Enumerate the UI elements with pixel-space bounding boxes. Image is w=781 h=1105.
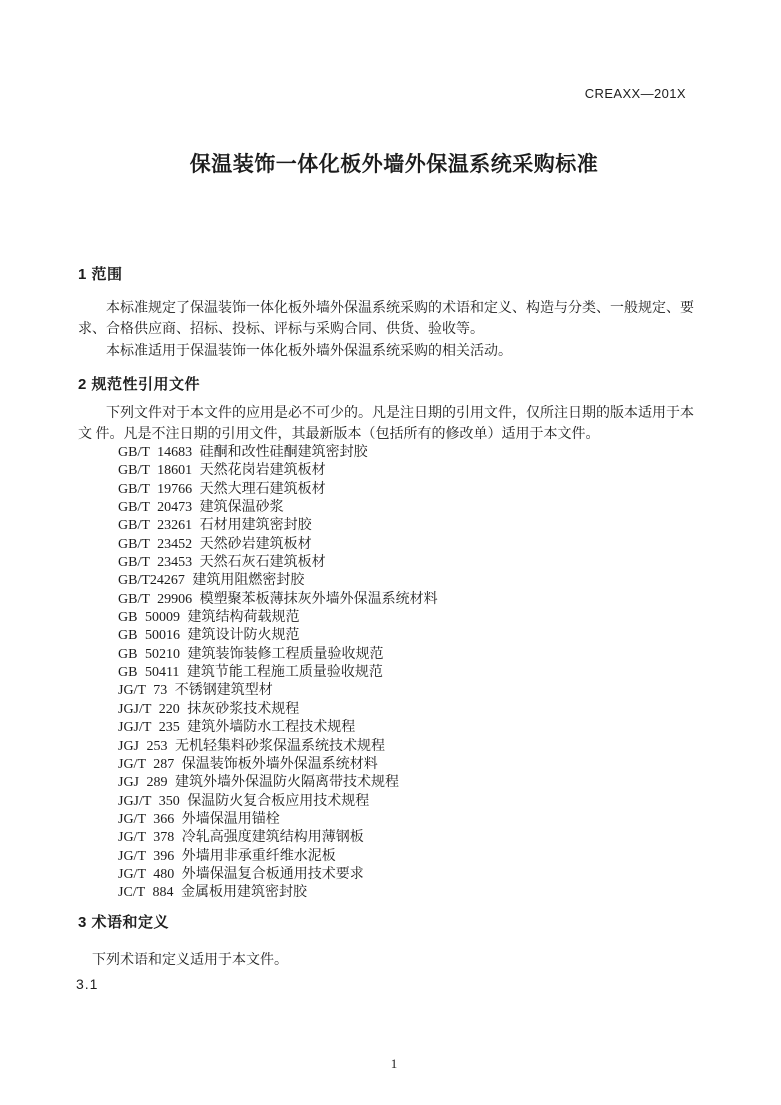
reference-item: GB/T 20473 建筑保温砂浆 [118, 499, 438, 517]
reference-item: JG/T 366 外墙保温用锚栓 [118, 811, 438, 829]
subsection-3-1-label: 3.1 [76, 976, 98, 992]
paragraph-line: 本标准适用于保温装饰一体化板外墙外保温系统采购的相关活动。 [78, 341, 710, 362]
reference-item: JC/T 884 金属板用建筑密封胶 [118, 884, 438, 902]
reference-item: JG/T 73 不锈钢建筑型材 [118, 682, 438, 700]
reference-item: JG/T 396 外墙用非承重纤维水泥板 [118, 848, 438, 866]
section-3-paragraphs: 下列术语和定义适用于本文件。 [78, 950, 710, 971]
page-number: 1 [78, 1056, 710, 1071]
reference-item: GB 50016 建筑设计防火规范 [118, 627, 438, 645]
reference-item: JGJ/T 235 建筑外墙防水工程技术规程 [118, 719, 438, 737]
section-2-paragraphs: 下列文件对于本文件的应用是必不可少的。凡是注日期的引用文件，仅所注日期的版本适用… [78, 403, 710, 446]
section-3-heading: 3 术语和定义 [78, 914, 169, 931]
reference-item: JG/T 287 保温装饰板外墙外保温系统材料 [118, 756, 438, 774]
section-2-heading: 2 规范性引用文件 [78, 376, 200, 393]
document-title: 保温装饰一体化板外墙外保温系统采购标准 [78, 151, 710, 179]
reference-item: JGJ/T 220 抹灰砂浆技术规程 [118, 701, 438, 719]
reference-item: GB/T 23261 石材用建筑密封胶 [118, 517, 438, 535]
reference-item: JG/T 378 冷轧高强度建筑结构用薄钢板 [118, 829, 438, 847]
reference-item: GB/T24267 建筑用阻燃密封胶 [118, 572, 438, 590]
section-1-paragraphs: 本标准规定了保温装饰一体化板外墙外保温系统采购的术语和定义、构造与分类、一般规定… [78, 298, 710, 362]
section-1-heading: 1 范围 [78, 266, 123, 283]
normative-references-list: GB/T 14683 硅酮和改性硅酮建筑密封胶 GB/T 18601 天然花岗岩… [118, 444, 438, 903]
reference-item: JGJ 289 建筑外墙外保温防火隔离带技术规程 [118, 774, 438, 792]
document-code: CREAXX—201X [585, 86, 686, 101]
document-page: CREAXX—201X 保温装饰一体化板外墙外保温系统采购标准 1 范围 本标准… [0, 0, 781, 1105]
reference-item: JGJ 253 无机轻集料砂浆保温系统技术规程 [118, 738, 438, 756]
reference-item: GB/T 23453 天然石灰石建筑板材 [118, 554, 438, 572]
reference-item: GB/T 18601 天然花岗岩建筑板材 [118, 462, 438, 480]
reference-item: GB/T 14683 硅酮和改性硅酮建筑密封胶 [118, 444, 438, 462]
reference-item: GB 50210 建筑装饰装修工程质量验收规范 [118, 646, 438, 664]
paragraph-line: 下列文件对于本文件的应用是必不可少的。凡是注日期的引用文件，仅所注日期的版本适用… [78, 403, 710, 424]
paragraph-line: 求、合格供应商、招标、投标、评标与采购合同、供货、验收等。 [78, 319, 710, 340]
paragraph-line: 文 件。凡是不注日期的引用文件，其最新版本（包括所有的修改单）适用于本文件。 [78, 424, 710, 445]
reference-item: JGJ/T 350 保温防火复合板应用技术规程 [118, 793, 438, 811]
paragraph-line: 本标准规定了保温装饰一体化板外墙外保温系统采购的术语和定义、构造与分类、一般规定… [78, 298, 710, 319]
reference-item: GB 50411 建筑节能工程施工质量验收规范 [118, 664, 438, 682]
reference-item: GB/T 29906 模塑聚苯板薄抹灰外墙外保温系统材料 [118, 591, 438, 609]
reference-item: GB/T 19766 天然大理石建筑板材 [118, 481, 438, 499]
reference-item: GB/T 23452 天然砂岩建筑板材 [118, 536, 438, 554]
paragraph-line: 下列术语和定义适用于本文件。 [78, 950, 710, 971]
reference-item: JG/T 480 外墙保温复合板通用技术要求 [118, 866, 438, 884]
reference-item: GB 50009 建筑结构荷载规范 [118, 609, 438, 627]
